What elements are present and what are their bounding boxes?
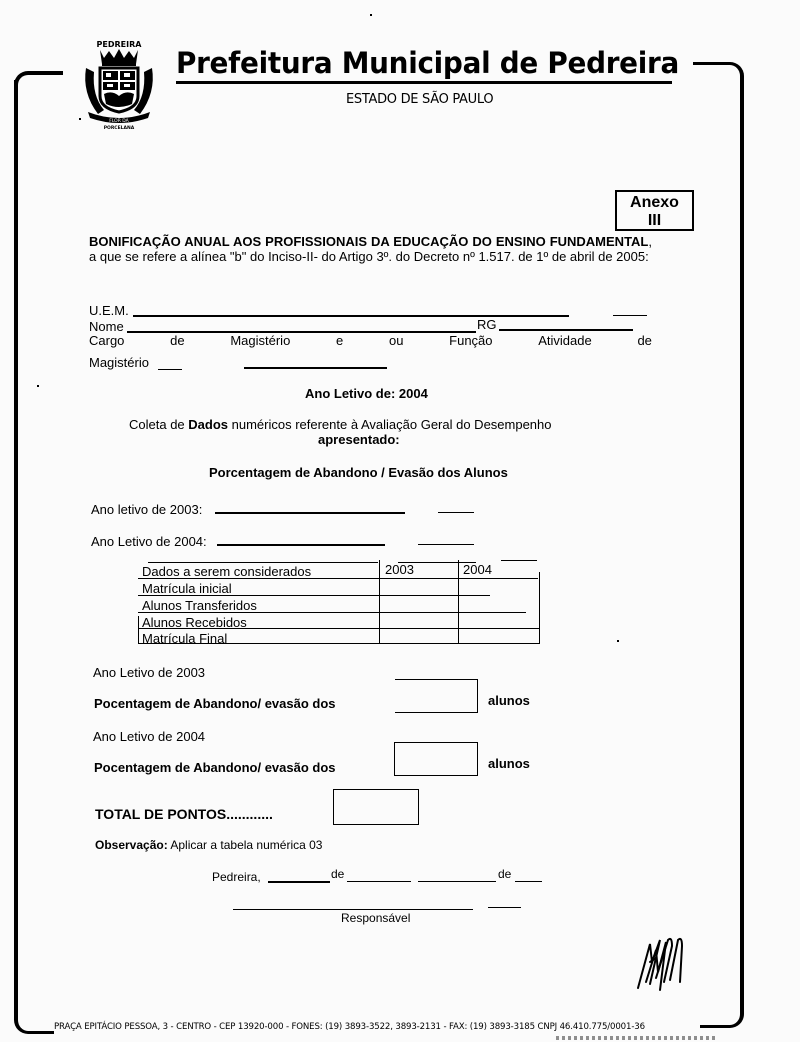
uem-field[interactable] xyxy=(133,315,569,317)
magisterio-label: Magistério xyxy=(89,355,149,370)
observacao: Observação: Aplicar a tabela numérica 03 xyxy=(95,838,322,853)
ano-2003-field[interactable] xyxy=(215,512,405,514)
abandono-2004-label: Pocentagem de Abandono/ evasão dos xyxy=(94,760,336,775)
cell-matricula-final-2004[interactable] xyxy=(459,629,539,643)
data-table: Dados a serem considerados 2003 2004 Mat… xyxy=(138,556,540,644)
cell-recebidos-2004[interactable] xyxy=(459,613,539,628)
date-city-label: Pedreira, xyxy=(212,870,261,885)
handwritten-signature-icon xyxy=(636,932,698,992)
cargo-row: Cargo de Magistério e ou Função Atividad… xyxy=(89,333,652,348)
nome-label: Nome xyxy=(89,319,124,334)
table-row-label: Matrícula inicial xyxy=(142,581,232,596)
frame-right-line xyxy=(740,80,744,1012)
table-header-label: Dados a serem considerados xyxy=(142,564,311,579)
magisterio-field[interactable] xyxy=(244,367,387,369)
cell-transferidos-2003[interactable] xyxy=(380,596,458,612)
uem-extra-field[interactable] xyxy=(613,315,647,316)
footer-faint-text xyxy=(556,1036,716,1040)
cargo-word: de xyxy=(637,333,651,348)
porcentagem-heading: Porcentagem de Abandono / Evasão dos Alu… xyxy=(209,465,508,480)
ano-2003-label: Ano letivo de 2003: xyxy=(91,502,202,517)
cargo-word: Função xyxy=(449,333,492,348)
uem-label: U.E.M. xyxy=(89,303,129,318)
responsavel-signature-line[interactable] xyxy=(233,909,473,910)
cargo-word: Cargo xyxy=(89,333,124,348)
header-subtitle: ESTADO DE SÃO PAULO xyxy=(346,92,493,107)
cell-matricula-inicial-2004[interactable] xyxy=(459,579,539,595)
intro-bold: BONIFICAÇÃO ANUAL AOS PROFISSIONAIS DA E… xyxy=(89,234,648,249)
frame-bottom-left-line xyxy=(34,1031,54,1034)
table-header-2004: 2004 xyxy=(463,562,492,577)
date-year-field[interactable] xyxy=(515,881,542,882)
ano-letivo-heading: Ano Letivo de: 2004 xyxy=(305,386,428,401)
intro-paragraph: BONIFICAÇÃO ANUAL AOS PROFISSIONAIS DA E… xyxy=(89,234,652,264)
responsavel-label: Responsável xyxy=(341,911,410,926)
cargo-word: e xyxy=(336,333,343,348)
ano-2004-extra-field[interactable] xyxy=(418,544,474,545)
ano-2004-label: Ano Letivo de 2004: xyxy=(91,534,207,549)
frame-corner-bottom-left xyxy=(14,1012,36,1034)
table-header-2003: 2003 xyxy=(385,562,414,577)
date-month-field[interactable] xyxy=(347,881,411,882)
abandono-2004-field[interactable] xyxy=(394,742,478,776)
cargo-word: Magistério xyxy=(230,333,290,348)
cell-recebidos-2003[interactable] xyxy=(380,613,458,628)
date-de-1: de xyxy=(331,867,344,882)
frame-top-left-line xyxy=(34,71,63,75)
crest-bottom-text: PORCELANA xyxy=(104,125,135,130)
header-title: Prefeitura Municipal de Pedreira xyxy=(176,46,679,80)
magisterio-short-field[interactable] xyxy=(158,369,182,370)
abandono-2004-year-label: Ano Letivo de 2004 xyxy=(93,729,205,744)
frame-top-right-line xyxy=(693,62,725,65)
annex-label: Anexo xyxy=(617,194,692,212)
cargo-word: Atividade xyxy=(538,333,591,348)
ano-2004-field[interactable] xyxy=(217,544,385,546)
cell-matricula-final-2003[interactable] xyxy=(380,629,458,643)
date-day-field[interactable] xyxy=(268,881,330,883)
frame-left-line xyxy=(14,80,18,1015)
crest-top-text: PEDREIRA xyxy=(97,40,143,49)
annex-label-box: Anexo III xyxy=(615,190,694,231)
abandono-2003-year-label: Ano Letivo de 2003 xyxy=(93,665,205,680)
cell-matricula-inicial-2003[interactable] xyxy=(380,579,458,595)
date-de-2: de xyxy=(498,867,511,882)
cell-transferidos-2004[interactable] xyxy=(459,596,539,612)
cargo-word: ou xyxy=(389,333,403,348)
ano-2003-extra-field[interactable] xyxy=(438,512,474,513)
abandono-2003-field[interactable] xyxy=(395,679,478,713)
table-row-label: Alunos Transferidos xyxy=(142,598,257,613)
total-pontos-label: TOTAL DE PONTOS............ xyxy=(95,807,273,822)
coleta-heading-line2: apresentado: xyxy=(318,432,400,447)
date-month-extra-field[interactable] xyxy=(418,881,496,882)
frame-corner-bottom-right xyxy=(722,1008,744,1028)
header-underline xyxy=(176,81,672,84)
footer-address: PRAÇA EPITÁCIO PESSOA, 3 - CENTRO - CEP … xyxy=(54,1022,645,1032)
rg-label: RG xyxy=(477,317,497,332)
annex-number: III xyxy=(617,212,692,230)
rg-field[interactable] xyxy=(499,329,633,331)
municipal-coat-of-arms-icon: PEDREIRA FLOR DA PORCELANA xyxy=(78,38,160,130)
frame-bottom-right-line xyxy=(700,1025,725,1028)
coleta-heading-line1: Coleta de Dados numéricos referente à Av… xyxy=(129,417,552,432)
abandono-2003-label: Pocentagem de Abandono/ evasão dos xyxy=(94,696,336,711)
total-pontos-field[interactable] xyxy=(333,789,419,825)
crest-ribbon-text: FLOR DA xyxy=(109,118,129,124)
abandono-2003-unit: alunos xyxy=(488,693,530,708)
abandono-2004-unit: alunos xyxy=(488,756,530,771)
cargo-word: de xyxy=(170,333,184,348)
